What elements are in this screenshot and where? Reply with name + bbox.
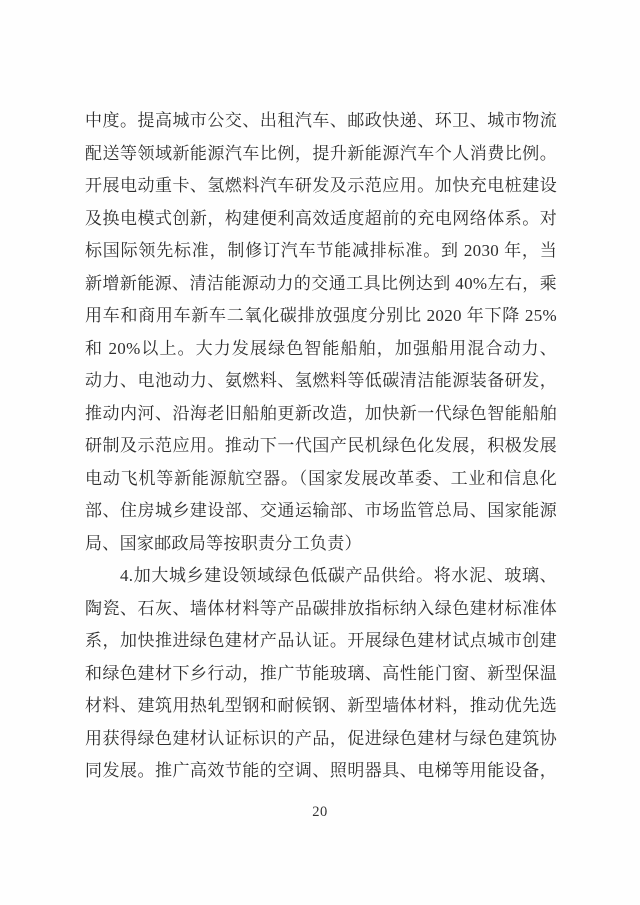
- text-line: 和绿色建材下乡行动，推广节能玻璃、高性能门窗、新型保温: [85, 658, 557, 691]
- text-line: 用获得绿色建材认证标识的产品，促进绿色建材与绿色建筑协: [85, 723, 557, 756]
- page-body-text: 中度。提高城市公交、出租汽车、邮政快递、环卫、城市物流 配送等领域新能源汽车比例…: [85, 105, 557, 788]
- text-line: 4.加大城乡建设领域绿色低碳产品供给。将水泥、玻璃、: [85, 560, 557, 593]
- text-line: 中度。提高城市公交、出租汽车、邮政快递、环卫、城市物流: [85, 105, 557, 138]
- text-line: 陶瓷、石灰、墙体材料等产品碳排放指标纳入绿色建材标准体: [85, 593, 557, 626]
- text-line: 动力、电池动力、氨燃料、氢燃料等低碳清洁能源装备研发，: [85, 365, 557, 398]
- text-line: 局、国家邮政局等按职责分工负责）: [85, 528, 557, 561]
- text-line: 系，加快推进绿色建材产品认证。开展绿色建材试点城市创建: [85, 625, 557, 658]
- text-line: 及换电模式创新，构建便利高效适度超前的充电网络体系。对: [85, 203, 557, 236]
- text-line: 推动内河、沿海老旧船舶更新改造，加快新一代绿色智能船舶: [85, 398, 557, 431]
- text-line: 和 20%以上。大力发展绿色智能船舶，加强船用混合动力、LNG: [85, 333, 557, 366]
- text-line: 开展电动重卡、氢燃料汽车研发及示范应用。加快充电桩建设: [85, 170, 557, 203]
- text-line: 标国际领先标准，制修订汽车节能减排标准。到 2030 年，当年: [85, 235, 557, 268]
- text-line: 配送等领域新能源汽车比例，提升新能源汽车个人消费比例。: [85, 138, 557, 171]
- text-line: 用车和商用车新车二氧化碳排放强度分别比 2020 年下降 25%: [85, 300, 557, 333]
- text-line: 材料、建筑用热轧型钢和耐候钢、新型墙体材料，推动优先选: [85, 690, 557, 723]
- document-page: 中度。提高城市公交、出租汽车、邮政快递、环卫、城市物流 配送等领域新能源汽车比例…: [0, 0, 640, 905]
- text-line: 研制及示范应用。推动下一代国产民机绿色化发展，积极发展: [85, 430, 557, 463]
- paragraph-1: 中度。提高城市公交、出租汽车、邮政快递、环卫、城市物流 配送等领域新能源汽车比例…: [85, 105, 557, 560]
- text-line: 新增新能源、清洁能源动力的交通工具比例达到 40%左右，乘: [85, 268, 557, 301]
- page-number: 20: [0, 804, 640, 821]
- text-line: 同发展。推广高效节能的空调、照明器具、电梯等用能设备，: [85, 755, 557, 788]
- text-line: 部、住房城乡建设部、交通运输部、市场监管总局、国家能源: [85, 495, 557, 528]
- text-line: 电动飞机等新能源航空器。（国家发展改革委、工业和信息化: [85, 463, 557, 496]
- paragraph-2: 4.加大城乡建设领域绿色低碳产品供给。将水泥、玻璃、 陶瓷、石灰、墙体材料等产品…: [85, 560, 557, 788]
